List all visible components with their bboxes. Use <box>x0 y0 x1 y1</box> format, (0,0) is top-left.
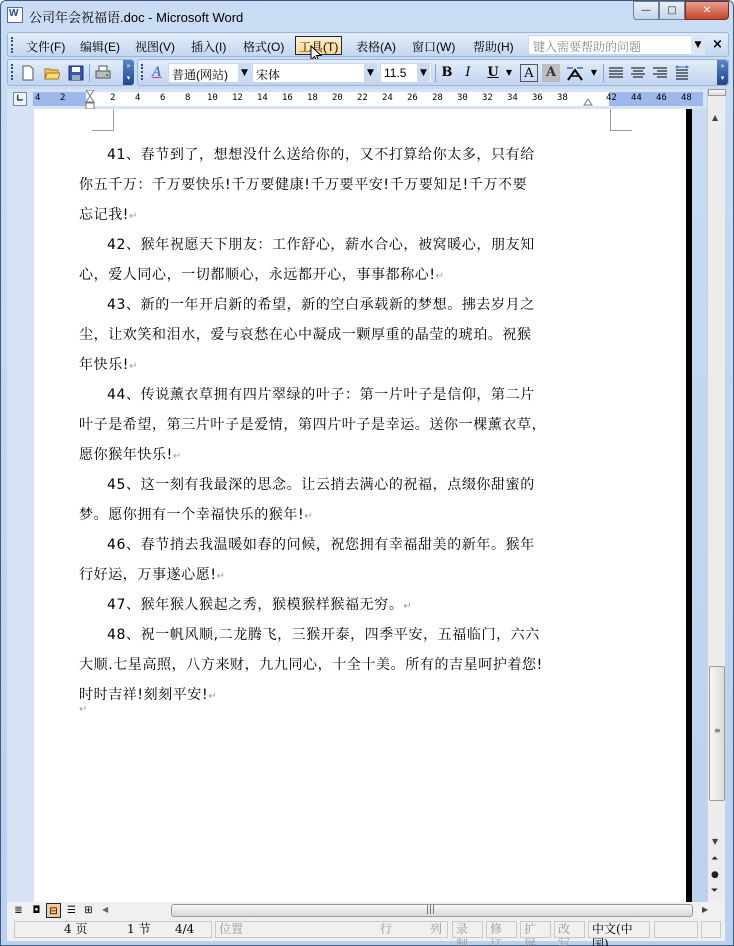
close-icon: ✕ <box>703 5 711 16</box>
char-scale-icon[interactable] <box>565 65 585 81</box>
menubar-grip[interactable] <box>11 37 14 53</box>
horizontal-scroll-row: ≣ ◘ ⊟ ☰ ⊞ ◀ ||| ▶ <box>7 902 725 919</box>
ruler-label: 10 <box>207 93 218 103</box>
ruler-label: 20 <box>332 93 343 103</box>
paragraph-mark-icon: ↵ <box>217 571 226 582</box>
ruler-label: 34 <box>507 93 518 103</box>
paragraph-mark-icon: ↵ <box>79 704 88 715</box>
toolbar-grip[interactable] <box>11 64 14 80</box>
paragraph-line: 行好运，万事遂心愿! <box>79 567 217 583</box>
position-cell: 位置 行 列 <box>215 921 448 938</box>
menu-insert[interactable]: 插入(I) <box>187 36 230 55</box>
ruler-label: 24 <box>382 93 393 103</box>
ruler-label: 28 <box>432 93 443 103</box>
status-extra-cell <box>701 921 721 938</box>
ruler-label: 8 <box>185 93 190 103</box>
paragraph-line: 年快乐! <box>79 357 129 373</box>
paragraph-42: 42、猴年祝愿天下朋友：工作舒心，薪水合心，被窝暖心，朋友知 心，爱人同心，一切… <box>79 230 585 292</box>
minimize-button[interactable]: — <box>633 1 659 20</box>
window-title: 公司年会祝福语.doc - Microsoft Word <box>29 7 243 26</box>
outline-view-icon[interactable]: ☰ <box>64 903 79 918</box>
scroll-left-arrow-icon[interactable]: ◀ <box>102 905 108 914</box>
spelling-status-cell <box>654 921 698 938</box>
text-boundary-corner <box>92 109 114 131</box>
word-doc-icon[interactable] <box>7 7 23 23</box>
paragraph-line: 43、新的一年开启新的希望，新的空白承载新的梦想。拂去岁月之 <box>107 297 535 313</box>
page-info-cell: 4 页 1 节 4/4 <box>14 921 212 938</box>
align-right-icon[interactable] <box>652 65 668 81</box>
distributed-align-icon[interactable] <box>674 65 690 81</box>
status-section: 1 节 <box>127 922 150 937</box>
normal-view-icon[interactable]: ≣ <box>11 903 26 918</box>
toolbar-grip[interactable] <box>141 64 144 80</box>
paragraph-line: 42、猴年祝愿天下朋友：工作舒心，薪水合心，被窝暖心，朋友知 <box>107 237 535 253</box>
word-window: 公司年会祝福语.doc - Microsoft Word — □ ✕ 文件(F)… <box>0 0 734 946</box>
scroll-up-arrow-icon[interactable]: ▲ <box>712 113 718 122</box>
previous-page-icon[interactable]: ⏶ <box>711 854 718 864</box>
paragraph-line: 心，爱人同心，一切都顺心，永远都开心，事事都称心! <box>79 267 436 283</box>
scroll-right-arrow-icon[interactable]: ▶ <box>702 905 708 914</box>
ruler-label: 2 <box>60 93 65 103</box>
status-page-of: 4/4 <box>175 922 194 937</box>
menu-window[interactable]: 窗口(W) <box>408 36 459 55</box>
paragraph-line: 41、春节到了，想想没什么送给你的，又不打算给你太多，只有给 <box>107 147 535 163</box>
status-line: 行 <box>380 922 392 937</box>
paragraph-mark-icon: ↵ <box>403 601 412 612</box>
paragraph-line: 你五千万：千万要快乐!千万要健康!千万要平安!千万要知足!千万不要 <box>79 170 585 200</box>
menu-view[interactable]: 视图(V) <box>131 36 179 55</box>
select-browse-object-icon[interactable]: ● <box>711 870 719 880</box>
ruler-label: 46 <box>656 93 667 103</box>
ruler-label: 38 <box>557 93 568 103</box>
tab-selector-button[interactable]: ∟ <box>13 92 27 106</box>
paragraph-line: 叶子是希望，第三片叶子是爱情，第四片叶子是幸运。送你一棵薰衣草， <box>79 410 585 440</box>
ruler-label: 14 <box>257 93 268 103</box>
empty-paragraph: ↵ <box>79 701 585 717</box>
char-shading-button[interactable]: A <box>542 64 560 82</box>
underline-dropdown-arrow[interactable]: ▼ <box>500 64 518 82</box>
title-bar: 公司年会祝福语.doc - Microsoft Word — □ ✕ <box>1 1 733 29</box>
paragraph-mark-icon: ↵ <box>436 271 445 282</box>
horizontal-ruler[interactable]: 4 2 2 4 6 8 10 12 14 16 18 20 22 24 26 2… <box>33 92 703 106</box>
window-controls: — □ ✕ <box>633 1 729 20</box>
restore-icon: □ <box>667 5 676 16</box>
paragraph-mark-icon: ↵ <box>304 511 313 522</box>
formatting-toolbar: A 普通(网站) ▼ 宋体 ▼ 11.5 ▼ B I U ▼ A A ▼ <box>137 59 729 86</box>
status-column: 列 <box>430 922 442 937</box>
toolbar-separator <box>435 64 436 82</box>
close-document-button[interactable]: × <box>712 37 723 52</box>
style-dropdown-arrow[interactable]: ▼ <box>238 63 251 83</box>
page-edge <box>686 109 692 902</box>
menu-help[interactable]: 帮助(H) <box>469 36 518 55</box>
scroll-grip-icon: ||| <box>426 905 435 915</box>
save-icon[interactable] <box>68 65 84 81</box>
menu-format[interactable]: 格式(O) <box>239 36 288 55</box>
menu-file[interactable]: 文件(F) <box>22 36 69 55</box>
ruler-label: 4 <box>135 93 140 103</box>
paragraph-line: 尘，让欢笑和泪水，爱与哀愁在心中凝成一颗厚重的晶莹的琥珀。祝猴 <box>79 320 585 350</box>
toolbar-separator <box>89 64 90 82</box>
ext-indicator[interactable]: 扩展 <box>520 921 551 938</box>
paragraph-line: 梦。愿你拥有一个幸福快乐的猴年! <box>79 507 304 523</box>
char-scale-dropdown-arrow[interactable]: ▼ <box>585 64 603 82</box>
new-document-icon[interactable] <box>20 65 36 81</box>
restore-button[interactable]: □ <box>659 1 685 20</box>
font-dropdown-arrow[interactable]: ▼ <box>364 63 377 83</box>
status-bar: 4 页 1 节 4/4 位置 行 列 录制 修订 扩展 改写 中文(中国) <box>7 919 725 941</box>
ruler-label: 22 <box>357 93 368 103</box>
paragraph-47: 47、猴年猴人猴起之秀，猴模猴样猴福无穷。↵ <box>79 590 585 622</box>
ruler-label: 42 <box>606 93 617 103</box>
rec-indicator[interactable]: 录制 <box>452 921 483 938</box>
standard-toolbar: »▾ <box>7 59 134 86</box>
paragraph-46: 46、春节捎去我温暖如春的问候，祝您拥有幸福甜美的新年。猴年 行好运，万事遂心愿… <box>79 530 585 592</box>
ruler-label: 4 <box>35 93 40 103</box>
open-folder-icon[interactable] <box>44 65 60 81</box>
reading-layout-view-icon[interactable]: ⊞ <box>81 903 96 918</box>
paragraph-48: 48、祝一帆风顺,二龙腾飞，三猴开泰，四季平安，五福临门，六六 大顺.七星高照，… <box>79 620 585 712</box>
styles-formatting-icon[interactable]: A <box>148 64 166 82</box>
align-justify-icon[interactable] <box>608 65 624 81</box>
ruler-label: 18 <box>307 93 318 103</box>
paragraph-43: 43、新的一年开启新的希望，新的空白承载新的梦想。拂去岁月之 尘，让欢笑和泪水，… <box>79 290 585 382</box>
ruler-label: 44 <box>631 93 642 103</box>
char-border-button[interactable]: A <box>520 64 538 82</box>
paragraph-mark-icon: ↵ <box>129 361 138 372</box>
paragraph-mark-icon: ↵ <box>173 451 182 462</box>
indent-marker-icon[interactable] <box>85 90 95 110</box>
ruler-label: 30 <box>457 93 468 103</box>
align-center-icon[interactable] <box>630 65 646 81</box>
style-combo[interactable]: 普通(网站) <box>168 63 240 83</box>
language-indicator[interactable]: 中文(中国) <box>588 921 650 938</box>
paragraph-line: 48、祝一帆风顺,二龙腾飞，三猴开泰，四季平安，五福临门，六六 <box>107 627 540 643</box>
paragraph-45: 45、这一刻有我最深的思念。让云捎去满心的祝福，点缀你甜蜜的 梦。愿你拥有一个幸… <box>79 470 585 532</box>
trk-indicator[interactable]: 修订 <box>486 921 517 938</box>
print-layout-view-icon[interactable]: ⊟ <box>46 903 61 918</box>
menu-bar: 文件(F) 编辑(E) 视图(V) 插入(I) 格式(O) 工具(T) 表格(A… <box>7 32 729 57</box>
ovr-indicator[interactable]: 改写 <box>554 921 585 938</box>
ruler-label: 6 <box>160 93 165 103</box>
vertical-scrollbar[interactable]: ▲ ≡ ▼ ⏶ ● ⏷ <box>707 89 725 902</box>
horizontal-scroll-thumb[interactable]: ||| <box>171 904 693 917</box>
menu-edit[interactable]: 编辑(E) <box>76 36 124 55</box>
right-indent-marker-icon[interactable] <box>583 98 593 106</box>
font-combo[interactable]: 宋体 <box>252 63 376 83</box>
paragraph-44: 44、传说薰衣草拥有四片翠绿的叶子：第一片叶子是信仰，第二片 叶子是希望，第三片… <box>79 380 585 472</box>
toolbar-options-chevron[interactable]: »▾ <box>717 60 728 85</box>
ruler-label: 48 <box>681 93 692 103</box>
paragraph-line: 忘记我! <box>79 207 129 223</box>
status-page: 4 页 <box>64 922 87 937</box>
ruler-label: 36 <box>532 93 543 103</box>
menu-table[interactable]: 表格(A) <box>352 36 400 55</box>
scroll-grip-icon: ≡ <box>714 729 721 732</box>
paragraph-line: 45、这一刻有我最深的思念。让云捎去满心的祝福，点缀你甜蜜的 <box>107 477 535 493</box>
help-dropdown-arrow[interactable]: ▼ <box>691 35 705 55</box>
font-size-dropdown-arrow[interactable]: ▼ <box>417 63 430 83</box>
paragraph-line: 愿你猴年快乐! <box>79 447 173 463</box>
print-icon[interactable] <box>95 65 111 81</box>
ruler-label: 12 <box>232 93 243 103</box>
ruler-row: ∟ 4 2 2 4 6 8 10 12 14 16 18 20 22 24 26… <box>7 89 707 109</box>
split-box[interactable] <box>708 89 726 96</box>
next-page-icon[interactable]: ⏷ <box>711 886 718 896</box>
bold-button[interactable]: B <box>438 64 456 82</box>
toolbar-separator <box>603 64 604 82</box>
web-layout-view-icon[interactable]: ◘ <box>29 903 44 918</box>
paragraph-line: 46、春节捎去我温暖如春的问候，祝您拥有幸福甜美的新年。猴年 <box>107 537 535 553</box>
toolbar-options-chevron[interactable]: »▾ <box>123 60 134 85</box>
ruler-label: 2 <box>110 93 115 103</box>
close-button[interactable]: ✕ <box>685 1 729 20</box>
ruler-label: 16 <box>282 93 293 103</box>
scroll-down-arrow-icon[interactable]: ▼ <box>712 837 718 846</box>
paragraph-line: 44、传说薰衣草拥有四片翠绿的叶子：第一片叶子是信仰，第二片 <box>107 387 535 403</box>
text-boundary-corner <box>610 109 632 131</box>
status-position: 位置 <box>219 922 243 936</box>
ruler-label: 26 <box>407 93 418 103</box>
italic-button[interactable]: I <box>459 64 477 82</box>
paragraph-41: 41、春节到了，想想没什么送给你的，又不打算给你太多，只有给 你五千万：千万要快… <box>79 140 585 232</box>
paragraph-line: 47、猴年猴人猴起之秀，猴模猴样猴福无穷。 <box>107 597 403 613</box>
paragraph-line: 大顺.七星高照，八方来财，九九同心，十全十美。所有的吉星呵护着您! <box>79 650 585 680</box>
ruler-label: 32 <box>482 93 493 103</box>
paragraph-mark-icon: ↵ <box>129 211 138 222</box>
vertical-scroll-thumb[interactable]: ≡ <box>709 666 725 801</box>
help-search-input[interactable]: 键入需要帮助的问题 <box>528 35 703 55</box>
minimize-icon: — <box>641 5 651 16</box>
